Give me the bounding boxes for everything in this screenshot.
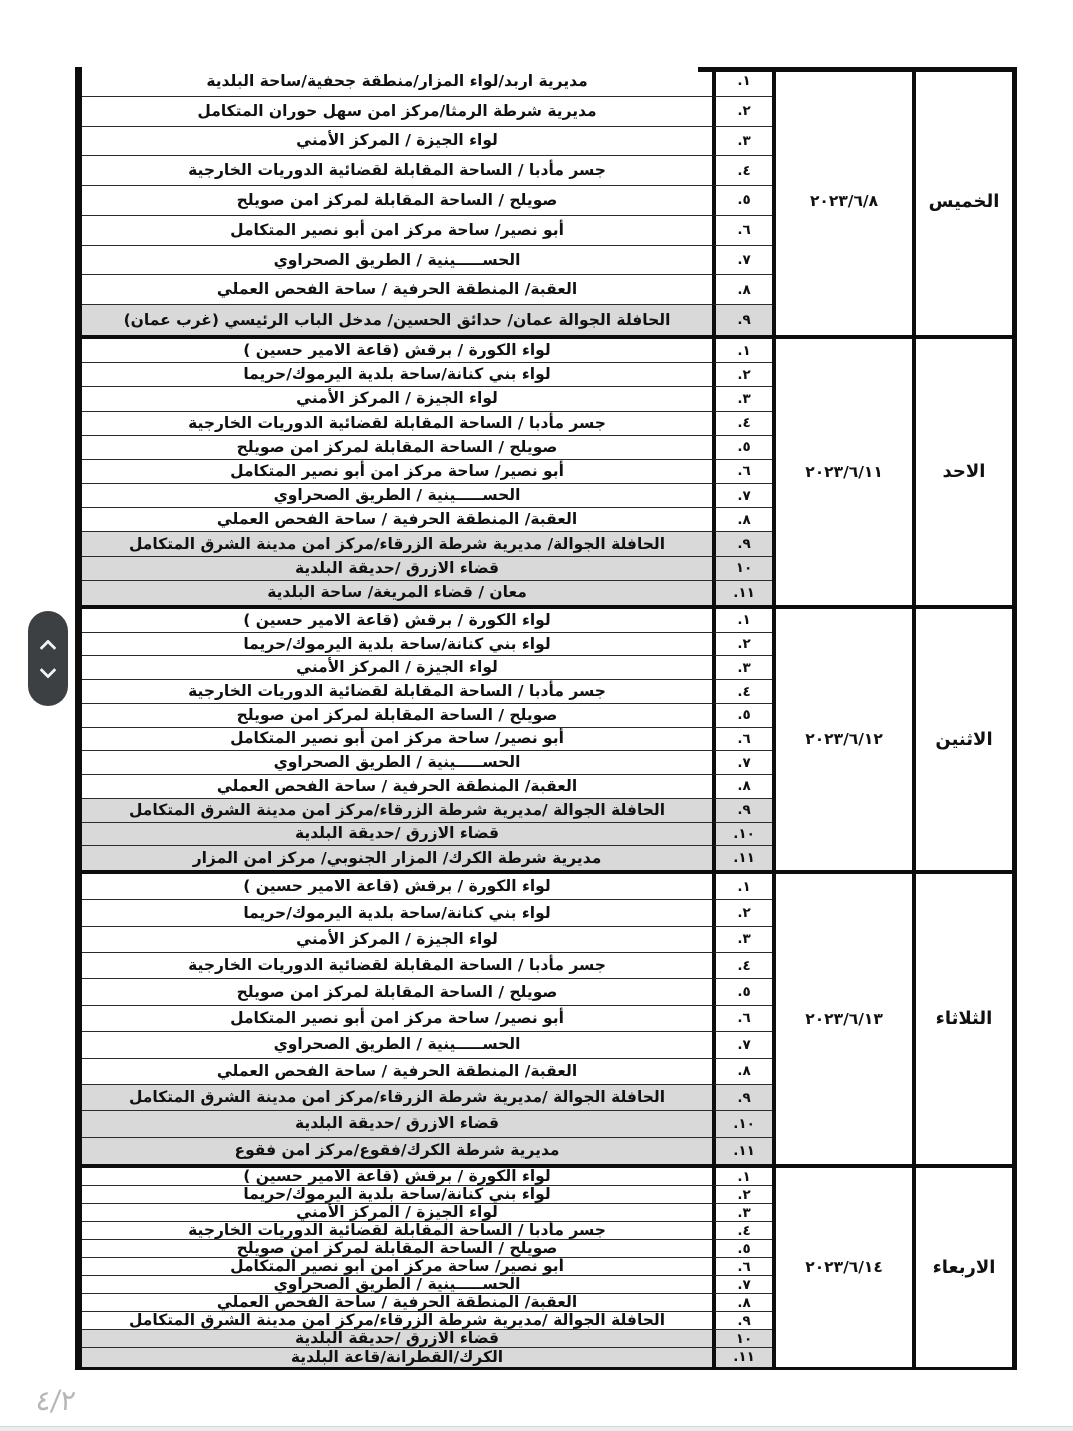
- location-cell: الحســـــينية / الطريق الصحراوي: [82, 1032, 712, 1058]
- location-cell: صويلح / الساحة المقابلة لمركز امن صويلح: [82, 1240, 712, 1258]
- location-cell: أبو نصير/ ساحة مركز امن أبو نصير المتكام…: [82, 1006, 712, 1032]
- location-cell: صويلح / الساحة المقابلة لمركز امن صويلح: [82, 704, 712, 728]
- location-cell: الحافلة الجوالة عمان/ حدائق الحسين/ مدخل…: [82, 305, 712, 335]
- location-cell: لواء الكورة / برقش (قاعة الامير حسين ): [82, 874, 712, 900]
- scroll-up-button[interactable]: [38, 638, 58, 652]
- chevron-up-icon: [40, 639, 57, 656]
- location-cell: الحســـــينية / الطريق الصحراوي: [82, 246, 712, 276]
- location-cell: العقبة/ المنطقة الحرفية / ساحة الفحص الع…: [82, 1059, 712, 1085]
- row-number: ١١.: [712, 1348, 772, 1366]
- day-cell: الثلاثاء: [912, 874, 1012, 1164]
- location-cell: أبو نصير/ ساحة مركز امن أبو نصير المتكام…: [82, 728, 712, 752]
- location-cell: لواء الكورة / برقش (قاعة الامير حسين ): [82, 339, 712, 363]
- location-cell: لواء الجيزة / المركز الأمني: [82, 1204, 712, 1222]
- location-cell: قضاء الازرق /حديقة البلدية: [82, 1111, 712, 1137]
- location-cell: الحســـــينية / الطريق الصحراوي: [82, 751, 712, 775]
- location-cell: جسر مأدبا / الساحة المقابلة لقضائية الدو…: [82, 953, 712, 979]
- date-cell: ٢٠٢٣/٦/٨: [772, 67, 912, 335]
- row-number: ٧.: [712, 1032, 772, 1058]
- location-cell: الحســـــينية / الطريق الصحراوي: [82, 1276, 712, 1294]
- date-cell: ٢٠٢٣/٦/١٢: [772, 609, 912, 870]
- location-cell: الحافلة الجوالة/ مديرية شرطة الزرقاء/مرك…: [82, 532, 712, 556]
- location-cell: العقبة/ المنطقة الحرفية / ساحة الفحص الع…: [82, 1294, 712, 1312]
- location-cell: مديرية اربد/لواء المزار/منطقة جحفية/ساحة…: [82, 67, 712, 97]
- row-number: ٦.: [712, 728, 772, 752]
- location-cell: قضاء الازرق /حديقة البلدية: [82, 557, 712, 581]
- row-number: ١٠.: [712, 823, 772, 847]
- row-number: ٧.: [712, 246, 772, 276]
- date-cell: ٢٠٢٣/٦/١١: [772, 339, 912, 605]
- row-number: ٥.: [712, 1240, 772, 1258]
- row-number: ٢.: [712, 633, 772, 657]
- day-block: الاربعاء٢٠٢٣/٦/١٤١.لواء الكورة / برقش (ق…: [82, 1168, 1012, 1370]
- row-number: ٥.: [712, 186, 772, 216]
- location-cell: الحســـــينية / الطريق الصحراوي: [82, 484, 712, 508]
- chevron-down-icon: [40, 661, 57, 678]
- location-cell: لواء الجيزة / المركز الأمني: [82, 927, 712, 953]
- table-top-border: [698, 67, 1012, 72]
- location-cell: أبو نصير/ ساحة مركز امن أبو نصير المتكام…: [82, 216, 712, 246]
- row-number: ٢.: [712, 900, 772, 926]
- row-number: ٥.: [712, 436, 772, 460]
- row-number: ١٠: [712, 557, 772, 581]
- location-cell: لواء بني كنانة/ساحة بلدية اليرموك/حريما: [82, 1186, 712, 1204]
- location-cell: لواء الجيزة / المركز الأمني: [82, 127, 712, 157]
- row-number: ٤.: [712, 953, 772, 979]
- row-number: ٤.: [712, 1222, 772, 1240]
- row-number: ٢.: [712, 1186, 772, 1204]
- day-cell: الاثنين: [912, 609, 1012, 870]
- date-cell: ٢٠٢٣/٦/١٣: [772, 874, 912, 1164]
- scroll-down-button[interactable]: [38, 666, 58, 680]
- location-cell: الحافلة الجوالة /مديرية شرطة الزرقاء/مرك…: [82, 1312, 712, 1330]
- location-cell: لواء الكورة / برقش (قاعة الامير حسين ): [82, 1168, 712, 1186]
- day-block: الاحد٢٠٢٣/٦/١١١.لواء الكورة / برقش (قاعة…: [82, 339, 1012, 609]
- row-number: ٥.: [712, 704, 772, 728]
- location-cell: مديرية شرطة الكرك/ المزار الجنوبي/ مركز …: [82, 846, 712, 870]
- location-cell: العقبة/ المنطقة الحرفية / ساحة الفحص الع…: [82, 508, 712, 532]
- row-number: ٦.: [712, 460, 772, 484]
- day-cell: الاربعاء: [912, 1168, 1012, 1367]
- row-number: ٤.: [712, 680, 772, 704]
- day-cell: الاحد: [912, 339, 1012, 605]
- schedule-table: الخميس٢٠٢٣/٦/٨١.مديرية اربد/لواء المزار/…: [75, 67, 1017, 1370]
- location-cell: جسر مأدبا / الساحة المقابلة لقضائية الدو…: [82, 156, 712, 186]
- location-cell: قضاء الازرق /حديقة البلدية: [82, 823, 712, 847]
- location-cell: مديرية شرطة الكرك/فقوع/مركز امن فقوع: [82, 1138, 712, 1164]
- row-number: ١.: [712, 874, 772, 900]
- row-number: ١.: [712, 609, 772, 633]
- row-number: ٨.: [712, 508, 772, 532]
- location-cell: لواء بني كنانة/ساحة بلدية اليرموك/حريما: [82, 363, 712, 387]
- row-number: ٣.: [712, 387, 772, 411]
- row-number: ٩.: [712, 305, 772, 335]
- location-cell: قضاء الازرق /حديقة البلدية: [82, 1330, 712, 1348]
- day-block: الاثنين٢٠٢٣/٦/١٢١.لواء الكورة / برقش (قا…: [82, 609, 1012, 874]
- row-number: ١٠: [712, 1330, 772, 1348]
- row-number: ٩.: [712, 1312, 772, 1330]
- day-cell: الخميس: [912, 67, 1012, 335]
- row-number: ٨.: [712, 1059, 772, 1085]
- row-number: ١.: [712, 1168, 772, 1186]
- row-number: ٩.: [712, 1085, 772, 1111]
- row-number: ٤.: [712, 412, 772, 436]
- row-number: ٢.: [712, 363, 772, 387]
- row-number: ٧.: [712, 484, 772, 508]
- location-cell: لواء بني كنانة/ساحة بلدية اليرموك/حريما: [82, 633, 712, 657]
- location-cell: العقبة/ المنطقة الحرفية / ساحة الفحص الع…: [82, 775, 712, 799]
- location-cell: الكرك/القطرانة/قاعة البلدية: [82, 1348, 712, 1366]
- location-cell: مديرية شرطة الرمثا/مركز امن سهل حوران ال…: [82, 97, 712, 127]
- row-number: ٨.: [712, 275, 772, 305]
- row-number: ٨.: [712, 1294, 772, 1312]
- row-number: ٦.: [712, 1006, 772, 1032]
- row-number: ١١.: [712, 1138, 772, 1164]
- location-cell: لواء الجيزة / المركز الأمني: [82, 656, 712, 680]
- row-number: ٣.: [712, 927, 772, 953]
- row-number: ٦.: [712, 1258, 772, 1276]
- row-number: ٢.: [712, 97, 772, 127]
- row-number: ١١.: [712, 581, 772, 605]
- location-cell: أبو نصير/ ساحة مركز امن أبو نصير المتكام…: [82, 1258, 712, 1276]
- location-cell: صويلح / الساحة المقابلة لمركز امن صويلح: [82, 186, 712, 216]
- row-number: ١٠.: [712, 1111, 772, 1137]
- row-number: ٣.: [712, 1204, 772, 1222]
- location-cell: العقبة/ المنطقة الحرفية / ساحة الفحص الع…: [82, 275, 712, 305]
- location-cell: جسر مأدبا / الساحة المقابلة لقضائية الدو…: [82, 680, 712, 704]
- location-cell: لواء بني كنانة/ساحة بلدية اليرموك/حريما: [82, 900, 712, 926]
- row-number: ٤.: [712, 156, 772, 186]
- document-page: الخميس٢٠٢٣/٦/٨١.مديرية اربد/لواء المزار/…: [0, 0, 1073, 1431]
- row-number: ٩.: [712, 799, 772, 823]
- row-number: ٧.: [712, 751, 772, 775]
- page-number: ٤/٢: [34, 1384, 77, 1417]
- location-cell: لواء الكورة / برقش (قاعة الامير حسين ): [82, 609, 712, 633]
- location-cell: الحافلة الجوالة /مديرية شرطة الزرقاء/مرك…: [82, 1085, 712, 1111]
- row-number: ٩.: [712, 532, 772, 556]
- location-cell: صويلح / الساحة المقابلة لمركز امن صويلح: [82, 436, 712, 460]
- day-block: الخميس٢٠٢٣/٦/٨١.مديرية اربد/لواء المزار/…: [82, 67, 1012, 339]
- row-number: ٨.: [712, 775, 772, 799]
- location-cell: أبو نصير/ ساحة مركز امن أبو نصير المتكام…: [82, 460, 712, 484]
- date-cell: ٢٠٢٣/٦/١٤: [772, 1168, 912, 1367]
- location-cell: الحافلة الجوالة /مديرية شرطة الزرقاء/مرك…: [82, 799, 712, 823]
- location-cell: لواء الجيزة / المركز الأمني: [82, 387, 712, 411]
- bottom-edge-strip: [0, 1426, 1073, 1431]
- location-cell: جسر مأدبا / الساحة المقابلة لقضائية الدو…: [82, 1222, 712, 1240]
- row-number: ٥.: [712, 979, 772, 1005]
- location-cell: صويلح / الساحة المقابلة لمركز امن صويلح: [82, 979, 712, 1005]
- row-number: ٧.: [712, 1276, 772, 1294]
- row-number: ١.: [712, 339, 772, 363]
- scroll-pill: [28, 611, 68, 706]
- row-number: ٦.: [712, 216, 772, 246]
- row-number: ١١.: [712, 846, 772, 870]
- day-block: الثلاثاء٢٠٢٣/٦/١٣١.لواء الكورة / برقش (ق…: [82, 874, 1012, 1168]
- location-cell: جسر مأدبا / الساحة المقابلة لقضائية الدو…: [82, 412, 712, 436]
- row-number: ٣.: [712, 127, 772, 157]
- location-cell: معان / قضاء المريغة/ ساحة البلدية: [82, 581, 712, 605]
- row-number: ٣.: [712, 656, 772, 680]
